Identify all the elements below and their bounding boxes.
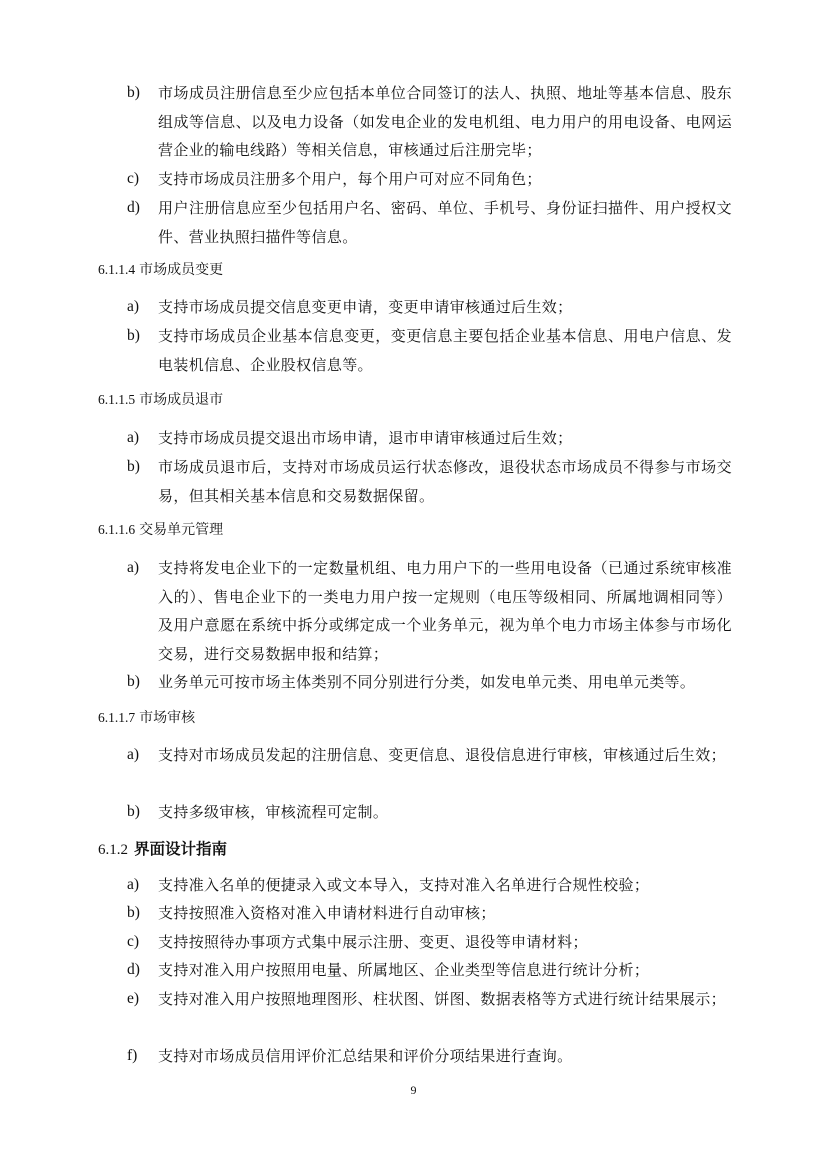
item-label: b) [127, 79, 157, 108]
item-label: a) [127, 424, 157, 453]
section-heading-6-1-1-6: 6.1.1.6交易单元管理 [98, 520, 223, 540]
item-label: d) [127, 956, 157, 985]
item-text: 支持将发电企业下的一定数量机组、电力用户下的一些用电设备（已通过系统审核准入的）… [158, 554, 732, 668]
item-text: 支持按照待办事项方式集中展示注册、变更、退役等申请材料； [158, 928, 732, 957]
page-number: 9 [0, 1083, 827, 1098]
list-item: a) 支持准入名单的便捷录入或文本导入，支持对准入名单进行合规性校验； [127, 871, 732, 900]
item-label: b) [127, 798, 157, 827]
section-number: 6.1.1.6 [98, 522, 135, 537]
item-label: a) [127, 871, 157, 900]
list-item: f) 支持对市场成员信用评价汇总结果和评价分项结果进行查询。 [127, 1042, 732, 1071]
section-title: 市场成员变更 [139, 262, 223, 278]
list-item: b) 市场成员退市后，支持对市场成员运行状态修改，退役状态市场成员不得参与市场交… [127, 453, 732, 510]
item-text: 业务单元可按市场主体类别不同分别进行分类，如发电单元类、用电单元类等。 [158, 668, 732, 697]
section-title: 交易单元管理 [139, 522, 223, 538]
section-heading-6-1-1-4: 6.1.1.4市场成员变更 [98, 260, 223, 280]
item-text: 支持市场成员提交信息变更申请，变更申请审核通过后生效； [158, 293, 732, 322]
list-item: e) 支持对准入用户按照地理图形、柱状图、饼图、数据表格等方式进行统计结果展示； [127, 985, 732, 1014]
list-item: b) 支持市场成员企业基本信息变更，变更信息主要包括企业基本信息、用电户信息、发… [127, 322, 732, 379]
section-number: 6.1.1.4 [98, 262, 135, 277]
list-item: d) 支持对准入用户按照用电量、所属地区、企业类型等信息进行统计分析； [127, 956, 732, 985]
section-title: 市场审核 [139, 710, 195, 726]
section-title: 市场成员退市 [139, 392, 223, 408]
item-text: 市场成员注册信息至少应包括本单位合同签订的法人、执照、地址等基本信息、股东组成等… [158, 79, 732, 165]
item-text: 支持市场成员注册多个用户，每个用户可对应不同角色； [158, 165, 732, 194]
item-text: 支持对市场成员发起的注册信息、变更信息、退役信息进行审核，审核通过后生效； [158, 741, 732, 770]
item-label: a) [127, 293, 157, 322]
item-label: b) [127, 453, 157, 482]
item-label: c) [127, 165, 157, 194]
item-label: b) [127, 322, 157, 351]
item-text: 支持市场成员提交退出市场申请，退市申请审核通过后生效； [158, 424, 732, 453]
section-number: 6.1.2 [98, 842, 128, 858]
document-page: b) 市场成员注册信息至少应包括本单位合同签订的法人、执照、地址等基本信息、股东… [0, 0, 827, 1169]
list-item: c) 支持市场成员注册多个用户，每个用户可对应不同角色； [127, 165, 732, 194]
item-label: a) [127, 554, 157, 583]
item-label: b) [127, 899, 157, 928]
list-item: a) 支持市场成员提交退出市场申请，退市申请审核通过后生效； [127, 424, 732, 453]
list-item: c) 支持按照待办事项方式集中展示注册、变更、退役等申请材料； [127, 928, 732, 957]
item-label: a) [127, 741, 157, 770]
item-label: f) [127, 1042, 157, 1071]
item-label: e) [127, 985, 157, 1014]
item-text: 支持对准入用户按照地理图形、柱状图、饼图、数据表格等方式进行统计结果展示； [158, 985, 732, 1014]
list-item: d) 用户注册信息应至少包括用户名、密码、单位、手机号、身份证扫描件、用户授权文… [127, 194, 732, 251]
section-heading-6-1-1-7: 6.1.1.7市场审核 [98, 708, 195, 728]
list-item: b) 市场成员注册信息至少应包括本单位合同签订的法人、执照、地址等基本信息、股东… [127, 79, 732, 165]
section-number: 6.1.1.7 [98, 710, 135, 725]
item-text: 用户注册信息应至少包括用户名、密码、单位、手机号、身份证扫描件、用户授权文件、营… [158, 194, 732, 251]
item-text: 支持按照准入资格对准入申请材料进行自动审核； [158, 899, 732, 928]
item-text: 支持市场成员企业基本信息变更，变更信息主要包括企业基本信息、用电户信息、发电装机… [158, 322, 732, 379]
item-label: d) [127, 194, 157, 223]
item-text: 支持对准入用户按照用电量、所属地区、企业类型等信息进行统计分析； [158, 956, 732, 985]
section-heading-6-1-1-5: 6.1.1.5市场成员退市 [98, 390, 223, 410]
list-item: b) 支持多级审核，审核流程可定制。 [127, 798, 732, 827]
section-heading-6-1-2: 6.1.2界面设计指南 [98, 838, 227, 861]
item-text: 支持多级审核，审核流程可定制。 [158, 798, 732, 827]
item-text: 支持准入名单的便捷录入或文本导入，支持对准入名单进行合规性校验； [158, 871, 732, 900]
item-label: b) [127, 668, 157, 697]
item-label: c) [127, 928, 157, 957]
item-text: 支持对市场成员信用评价汇总结果和评价分项结果进行查询。 [158, 1042, 732, 1071]
section-number: 6.1.1.5 [98, 392, 135, 407]
list-item: a) 支持对市场成员发起的注册信息、变更信息、退役信息进行审核，审核通过后生效； [127, 741, 732, 770]
item-text: 市场成员退市后，支持对市场成员运行状态修改，退役状态市场成员不得参与市场交易，但… [158, 453, 732, 510]
section-title: 界面设计指南 [134, 839, 227, 858]
list-item: b) 支持按照准入资格对准入申请材料进行自动审核； [127, 899, 732, 928]
list-item: a) 支持将发电企业下的一定数量机组、电力用户下的一些用电设备（已通过系统审核准… [127, 554, 732, 668]
list-item: b) 业务单元可按市场主体类别不同分别进行分类，如发电单元类、用电单元类等。 [127, 668, 732, 697]
list-item: a) 支持市场成员提交信息变更申请，变更申请审核通过后生效； [127, 293, 732, 322]
